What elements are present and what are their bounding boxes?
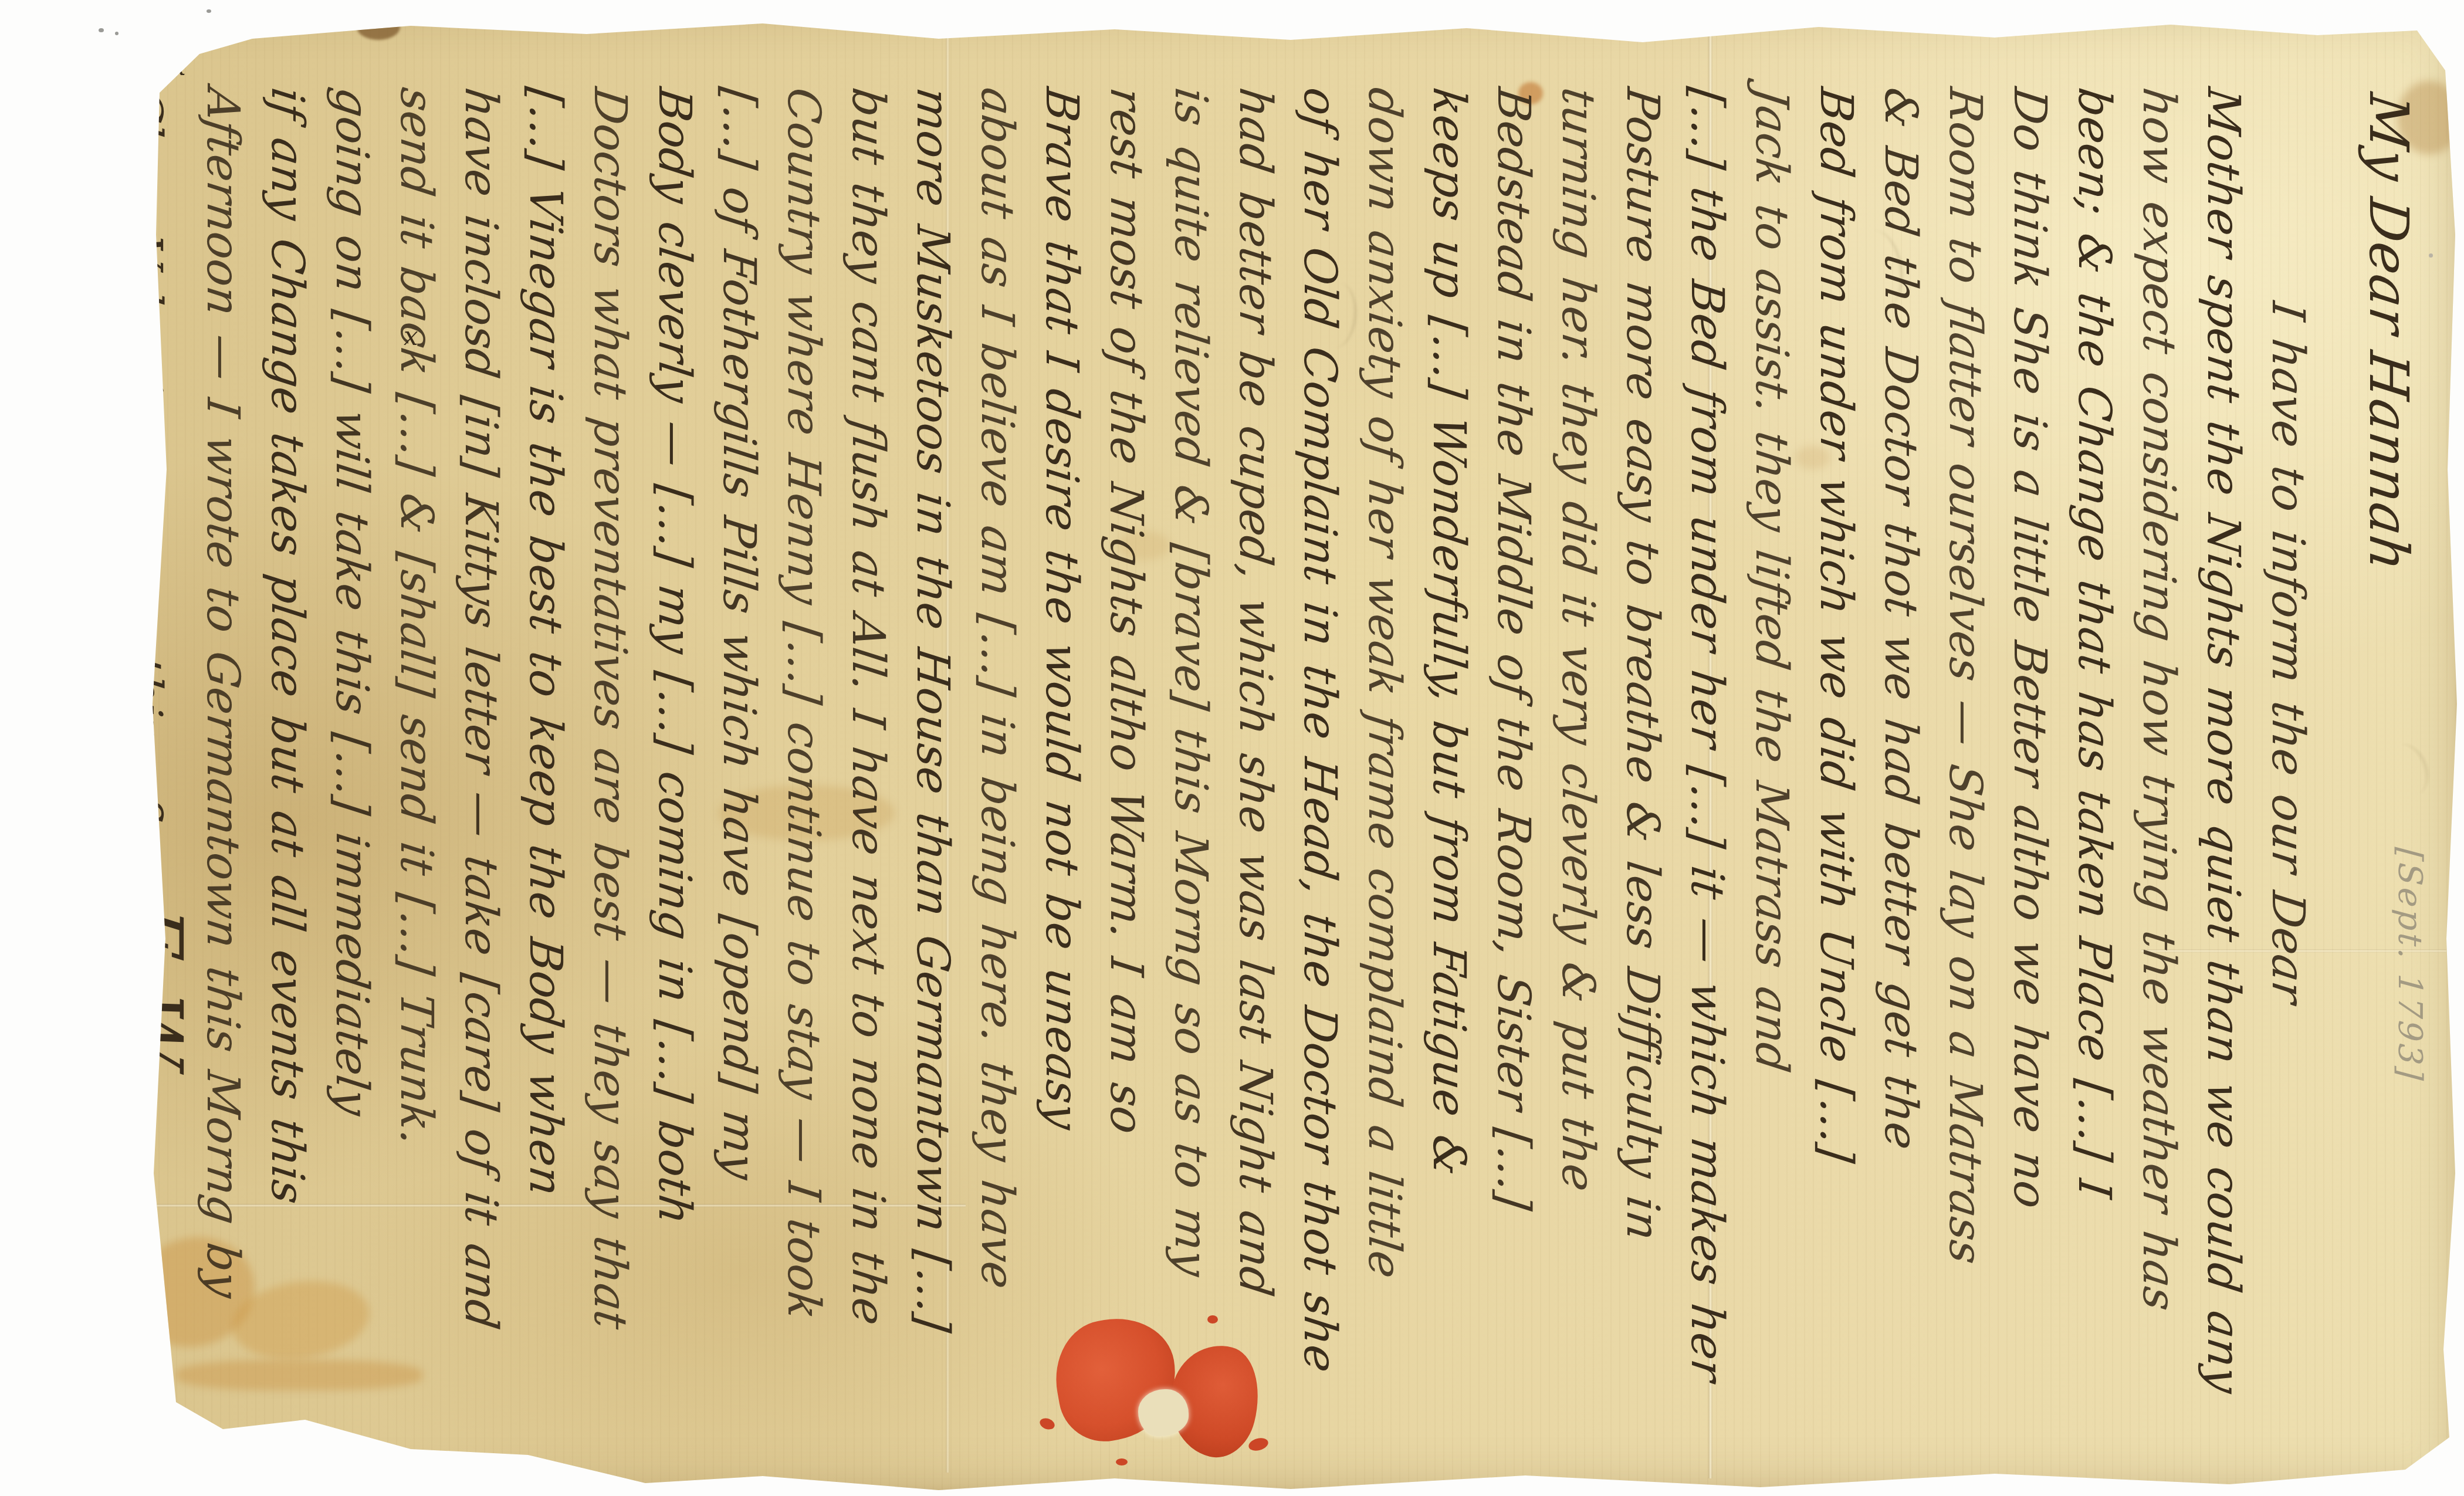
- letter-line: Doctors what preventatives are best — th…: [577, 84, 642, 1441]
- letter-sheet: x x [Sept. 1793] My Dear Hannah I have t…: [0, 0, 2464, 1496]
- letter-line: had better be cuped, which she was last …: [1223, 84, 1287, 1441]
- wax-speck: [1116, 1458, 1128, 1465]
- manuscript-text-rotated: [Sept. 1793] My Dear Hannah I have to in…: [164, 88, 2423, 1437]
- letter-line: about as I believe am […] in being here.…: [964, 84, 1029, 1441]
- letter-line: down anxiety of her weak frame complaind…: [1352, 84, 1416, 1441]
- letter-line: Room to flatter ourselves — She lay on a…: [1932, 84, 1997, 1441]
- letter-line: Bedstead in the Middle of the Room, Sist…: [1481, 84, 1545, 1441]
- scanner-dust-speck: [207, 9, 211, 13]
- letter-line: Mother spent the Nights more quiet than …: [2191, 84, 2255, 1441]
- letter-line: […] Vinegar is the best to keep the Body…: [513, 84, 577, 1441]
- letter-line: Country where Henny […] continue to stay…: [771, 84, 835, 1441]
- ink-blot: [357, 14, 400, 40]
- letter-line: send it back […] & [shall] send it […] T…: [384, 84, 448, 1441]
- letter-body: I have to inform the our DearMother spen…: [190, 88, 2320, 1437]
- scanned-letter-page: x x [Sept. 1793] My Dear Hannah I have t…: [0, 0, 2464, 1496]
- insertion-mark: x: [171, 52, 186, 82]
- letter-line: going on […] will take this […] immediat…: [319, 84, 384, 1441]
- signature: E W—: [113, 899, 198, 1149]
- scanner-dust-speck: [115, 32, 119, 35]
- letter-line: Do think She is a little Better altho we…: [1997, 84, 2062, 1441]
- salutation: My Dear Hannah: [2354, 90, 2423, 1441]
- letter-line: but they cant flush at All. I have next …: [835, 84, 900, 1441]
- closing-line: Chas. Valentine — thine & E W—: [114, 83, 190, 1442]
- letter-line: Brave that I desire the would not be une…: [1029, 84, 1094, 1441]
- letter-line: have inclosd [in] Kittys letter — take […: [448, 84, 513, 1441]
- letter-line: […] the Bed from under her […] it — whic…: [1674, 84, 1739, 1441]
- letter-line: I have to inform the our Dear: [2255, 298, 2320, 1441]
- letter-line: Bed from under which we did with Uncle […: [1803, 84, 1868, 1441]
- letter-line: Body cleverly — […] my […] coming in […]…: [642, 84, 706, 1441]
- letter-line: keeps up […] Wonderfully, but from Fatig…: [1416, 84, 1481, 1441]
- letter-line: Jack to assist. they lifted the Matrass …: [1739, 84, 1803, 1441]
- valediction: thine &: [119, 652, 171, 835]
- letter-line: & Bed the Doctor thot we had better get …: [1868, 84, 1932, 1441]
- letter-line: Posture more easy to breathe & less Diff…: [1610, 84, 1674, 1441]
- letter-line: been; & the Change that has taken Place …: [2062, 84, 2126, 1441]
- courier-mention: Chas. Valentine —: [119, 84, 171, 516]
- letter-line: Afternoon — I wrote to Germantown this M…: [190, 84, 255, 1441]
- letter-line: rest most of the Nights altho Warm. I am…: [1094, 84, 1158, 1441]
- scanner-dust-speck: [2429, 253, 2433, 258]
- letter-line: turning her. they did it very cleverly &…: [1545, 84, 1610, 1441]
- letter-line: of her Old Complaint in the Head, the Do…: [1287, 84, 1352, 1441]
- letter-line: if any Change takes place but at all eve…: [255, 84, 319, 1441]
- letter-line: how expect considering how trying the we…: [2126, 84, 2191, 1441]
- scanner-dust-speck: [99, 28, 104, 32]
- letter-line: is quite relieved & [brave] this Morng s…: [1158, 84, 1223, 1441]
- letter-line: more Musketoos in the House than Germant…: [900, 84, 964, 1441]
- letter-line: […] of Fothergills Pills which have [ope…: [706, 84, 771, 1441]
